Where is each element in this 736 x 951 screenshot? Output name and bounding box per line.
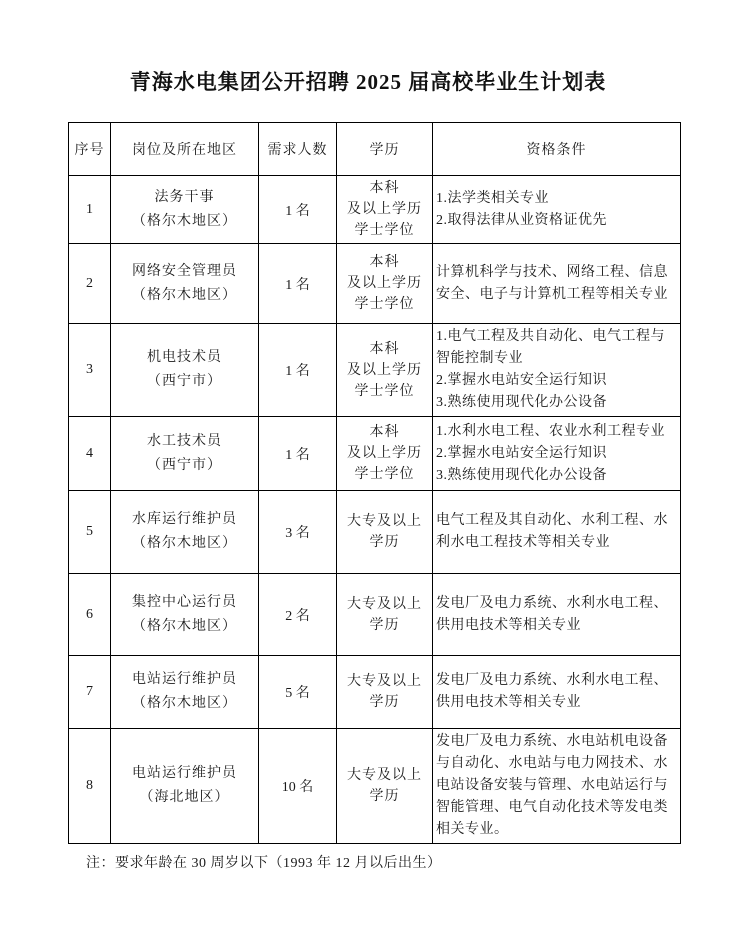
cell-education: 大专及以上学历 bbox=[337, 574, 433, 656]
education-line: 大专及以上 bbox=[340, 511, 429, 532]
cell-serial-number: 7 bbox=[69, 656, 111, 729]
document-page: 青海水电集团公开招聘 2025 届高校毕业生计划表 序号 岗位及所在地区 需求人… bbox=[0, 0, 736, 951]
cell-headcount: 10 名 bbox=[259, 729, 337, 844]
education-line: 及以上学历 bbox=[340, 273, 429, 294]
cell-position: 电站运行维护员 （格尔木地区） bbox=[111, 656, 259, 729]
position-title: 法务干事 bbox=[114, 186, 255, 210]
cell-qualifications: 计算机科学与技术、网络工程、信息安全、电子与计算机工程等相关专业 bbox=[433, 244, 681, 324]
cell-education: 大专及以上学历 bbox=[337, 491, 433, 574]
cell-position: 网络安全管理员 （格尔木地区） bbox=[111, 244, 259, 324]
cell-serial-number: 2 bbox=[69, 244, 111, 324]
position-location: （格尔木地区） bbox=[114, 532, 255, 556]
cell-headcount: 1 名 bbox=[259, 417, 337, 491]
cell-headcount: 1 名 bbox=[259, 176, 337, 244]
position-title: 水库运行维护员 bbox=[114, 508, 255, 532]
cell-headcount: 5 名 bbox=[259, 656, 337, 729]
cell-position: 水库运行维护员 （格尔木地区） bbox=[111, 491, 259, 574]
education-line: 及以上学历 bbox=[340, 360, 429, 381]
position-location: （格尔木地区） bbox=[114, 210, 255, 234]
table-note: 注：要求年龄在 30 周岁以下（1993 年 12 月以后出生） bbox=[86, 852, 736, 872]
table-row: 3 机电技术员 （西宁市） 1 名 本科及以上学历学士学位 1.电气工程及共自动… bbox=[69, 324, 681, 417]
education-line: 及以上学历 bbox=[340, 199, 429, 220]
position-location: （格尔木地区） bbox=[114, 692, 255, 716]
qualification-line: 3.熟练使用现代化办公设备 bbox=[436, 465, 677, 487]
qualification-line: 2.掌握水电站安全运行知识 bbox=[436, 370, 677, 392]
position-location: （西宁市） bbox=[114, 370, 255, 394]
position-title: 网络安全管理员 bbox=[114, 260, 255, 284]
education-line: 本科 bbox=[340, 339, 429, 360]
cell-headcount: 2 名 bbox=[259, 574, 337, 656]
table-header-row: 序号 岗位及所在地区 需求人数 学历 资格条件 bbox=[69, 123, 681, 176]
table-row: 7 电站运行维护员 （格尔木地区） 5 名 大专及以上学历 发电厂及电力系统、水… bbox=[69, 656, 681, 729]
education-line: 及以上学历 bbox=[340, 443, 429, 464]
cell-headcount: 1 名 bbox=[259, 244, 337, 324]
header-headcount: 需求人数 bbox=[259, 123, 337, 176]
table-row: 1 法务干事 （格尔木地区） 1 名 本科及以上学历学士学位 1.法学类相关专业… bbox=[69, 176, 681, 244]
page-title: 青海水电集团公开招聘 2025 届高校毕业生计划表 bbox=[0, 0, 736, 96]
position-location: （西宁市） bbox=[114, 454, 255, 478]
cell-position: 电站运行维护员 （海北地区） bbox=[111, 729, 259, 844]
cell-education: 本科及以上学历学士学位 bbox=[337, 244, 433, 324]
table-row: 4 水工技术员 （西宁市） 1 名 本科及以上学历学士学位 1.水利水电工程、农… bbox=[69, 417, 681, 491]
cell-position: 水工技术员 （西宁市） bbox=[111, 417, 259, 491]
header-position-and-region: 岗位及所在地区 bbox=[111, 123, 259, 176]
cell-serial-number: 3 bbox=[69, 324, 111, 417]
qualification-line: 1.水利水电工程、农业水利工程专业 bbox=[436, 421, 677, 443]
cell-headcount: 3 名 bbox=[259, 491, 337, 574]
education-line: 本科 bbox=[340, 178, 429, 199]
education-line: 学历 bbox=[340, 692, 429, 713]
cell-position: 法务干事 （格尔木地区） bbox=[111, 176, 259, 244]
cell-qualifications: 1.法学类相关专业2.取得法律从业资格证优先 bbox=[433, 176, 681, 244]
position-title: 电站运行维护员 bbox=[114, 668, 255, 692]
cell-education: 本科及以上学历学士学位 bbox=[337, 417, 433, 491]
education-line: 大专及以上 bbox=[340, 765, 429, 786]
position-location: （格尔木地区） bbox=[114, 284, 255, 308]
cell-serial-number: 4 bbox=[69, 417, 111, 491]
cell-qualifications: 发电厂及电力系统、水利水电工程、供用电技术等相关专业 bbox=[433, 656, 681, 729]
cell-qualifications: 电气工程及其自动化、水利工程、水利水电工程技术等相关专业 bbox=[433, 491, 681, 574]
education-line: 学士学位 bbox=[340, 464, 429, 485]
qualification-line: 发电厂及电力系统、水利水电工程、供用电技术等相关专业 bbox=[436, 593, 677, 637]
education-line: 本科 bbox=[340, 252, 429, 273]
cell-qualifications: 1.水利水电工程、农业水利工程专业2.掌握水电站安全运行知识3.熟练使用现代化办… bbox=[433, 417, 681, 491]
qualification-line: 1.电气工程及共自动化、电气工程与智能控制专业 bbox=[436, 326, 677, 370]
cell-education: 大专及以上学历 bbox=[337, 656, 433, 729]
position-title: 集控中心运行员 bbox=[114, 591, 255, 615]
header-serial-number: 序号 bbox=[69, 123, 111, 176]
table-body: 1 法务干事 （格尔木地区） 1 名 本科及以上学历学士学位 1.法学类相关专业… bbox=[69, 176, 681, 844]
education-line: 学士学位 bbox=[340, 294, 429, 315]
education-line: 大专及以上 bbox=[340, 671, 429, 692]
cell-education: 大专及以上学历 bbox=[337, 729, 433, 844]
cell-qualifications: 发电厂及电力系统、水利水电工程、供用电技术等相关专业 bbox=[433, 574, 681, 656]
cell-position: 集控中心运行员 （格尔木地区） bbox=[111, 574, 259, 656]
position-title: 机电技术员 bbox=[114, 346, 255, 370]
qualification-line: 发电厂及电力系统、水利水电工程、供用电技术等相关专业 bbox=[436, 670, 677, 714]
cell-qualifications: 1.电气工程及共自动化、电气工程与智能控制专业2.掌握水电站安全运行知识3.熟练… bbox=[433, 324, 681, 417]
position-title: 电站运行维护员 bbox=[114, 762, 255, 786]
table-row: 8 电站运行维护员 （海北地区） 10 名 大专及以上学历 发电厂及电力系统、水… bbox=[69, 729, 681, 844]
cell-headcount: 1 名 bbox=[259, 324, 337, 417]
cell-qualifications: 发电厂及电力系统、水电站机电设备与自动化、水电站与电力网技术、水电站设备安装与管… bbox=[433, 729, 681, 844]
cell-serial-number: 1 bbox=[69, 176, 111, 244]
education-line: 学士学位 bbox=[340, 220, 429, 241]
cell-position: 机电技术员 （西宁市） bbox=[111, 324, 259, 417]
cell-serial-number: 6 bbox=[69, 574, 111, 656]
education-line: 学士学位 bbox=[340, 381, 429, 402]
qualification-line: 2.掌握水电站安全运行知识 bbox=[436, 443, 677, 465]
position-title: 水工技术员 bbox=[114, 430, 255, 454]
cell-serial-number: 8 bbox=[69, 729, 111, 844]
table-row: 2 网络安全管理员 （格尔木地区） 1 名 本科及以上学历学士学位 计算机科学与… bbox=[69, 244, 681, 324]
cell-serial-number: 5 bbox=[69, 491, 111, 574]
education-line: 学历 bbox=[340, 615, 429, 636]
header-education: 学历 bbox=[337, 123, 433, 176]
qualification-line: 1.法学类相关专业 bbox=[436, 188, 677, 210]
cell-education: 本科及以上学历学士学位 bbox=[337, 176, 433, 244]
education-line: 学历 bbox=[340, 786, 429, 807]
cell-education: 本科及以上学历学士学位 bbox=[337, 324, 433, 417]
qualification-line: 3.熟练使用现代化办公设备 bbox=[436, 392, 677, 414]
education-line: 大专及以上 bbox=[340, 594, 429, 615]
table-row: 6 集控中心运行员 （格尔木地区） 2 名 大专及以上学历 发电厂及电力系统、水… bbox=[69, 574, 681, 656]
qualification-line: 电气工程及其自动化、水利工程、水利水电工程技术等相关专业 bbox=[436, 510, 677, 554]
qualification-line: 发电厂及电力系统、水电站机电设备与自动化、水电站与电力网技术、水电站设备安装与管… bbox=[436, 731, 677, 841]
recruitment-table: 序号 岗位及所在地区 需求人数 学历 资格条件 1 法务干事 （格尔木地区） 1… bbox=[68, 122, 681, 844]
position-location: （海北地区） bbox=[114, 786, 255, 810]
qualification-line: 计算机科学与技术、网络工程、信息安全、电子与计算机工程等相关专业 bbox=[436, 262, 677, 306]
education-line: 学历 bbox=[340, 532, 429, 553]
qualification-line: 2.取得法律从业资格证优先 bbox=[436, 210, 677, 232]
position-location: （格尔木地区） bbox=[114, 615, 255, 639]
header-qualifications: 资格条件 bbox=[433, 123, 681, 176]
education-line: 本科 bbox=[340, 422, 429, 443]
table-row: 5 水库运行维护员 （格尔木地区） 3 名 大专及以上学历 电气工程及其自动化、… bbox=[69, 491, 681, 574]
